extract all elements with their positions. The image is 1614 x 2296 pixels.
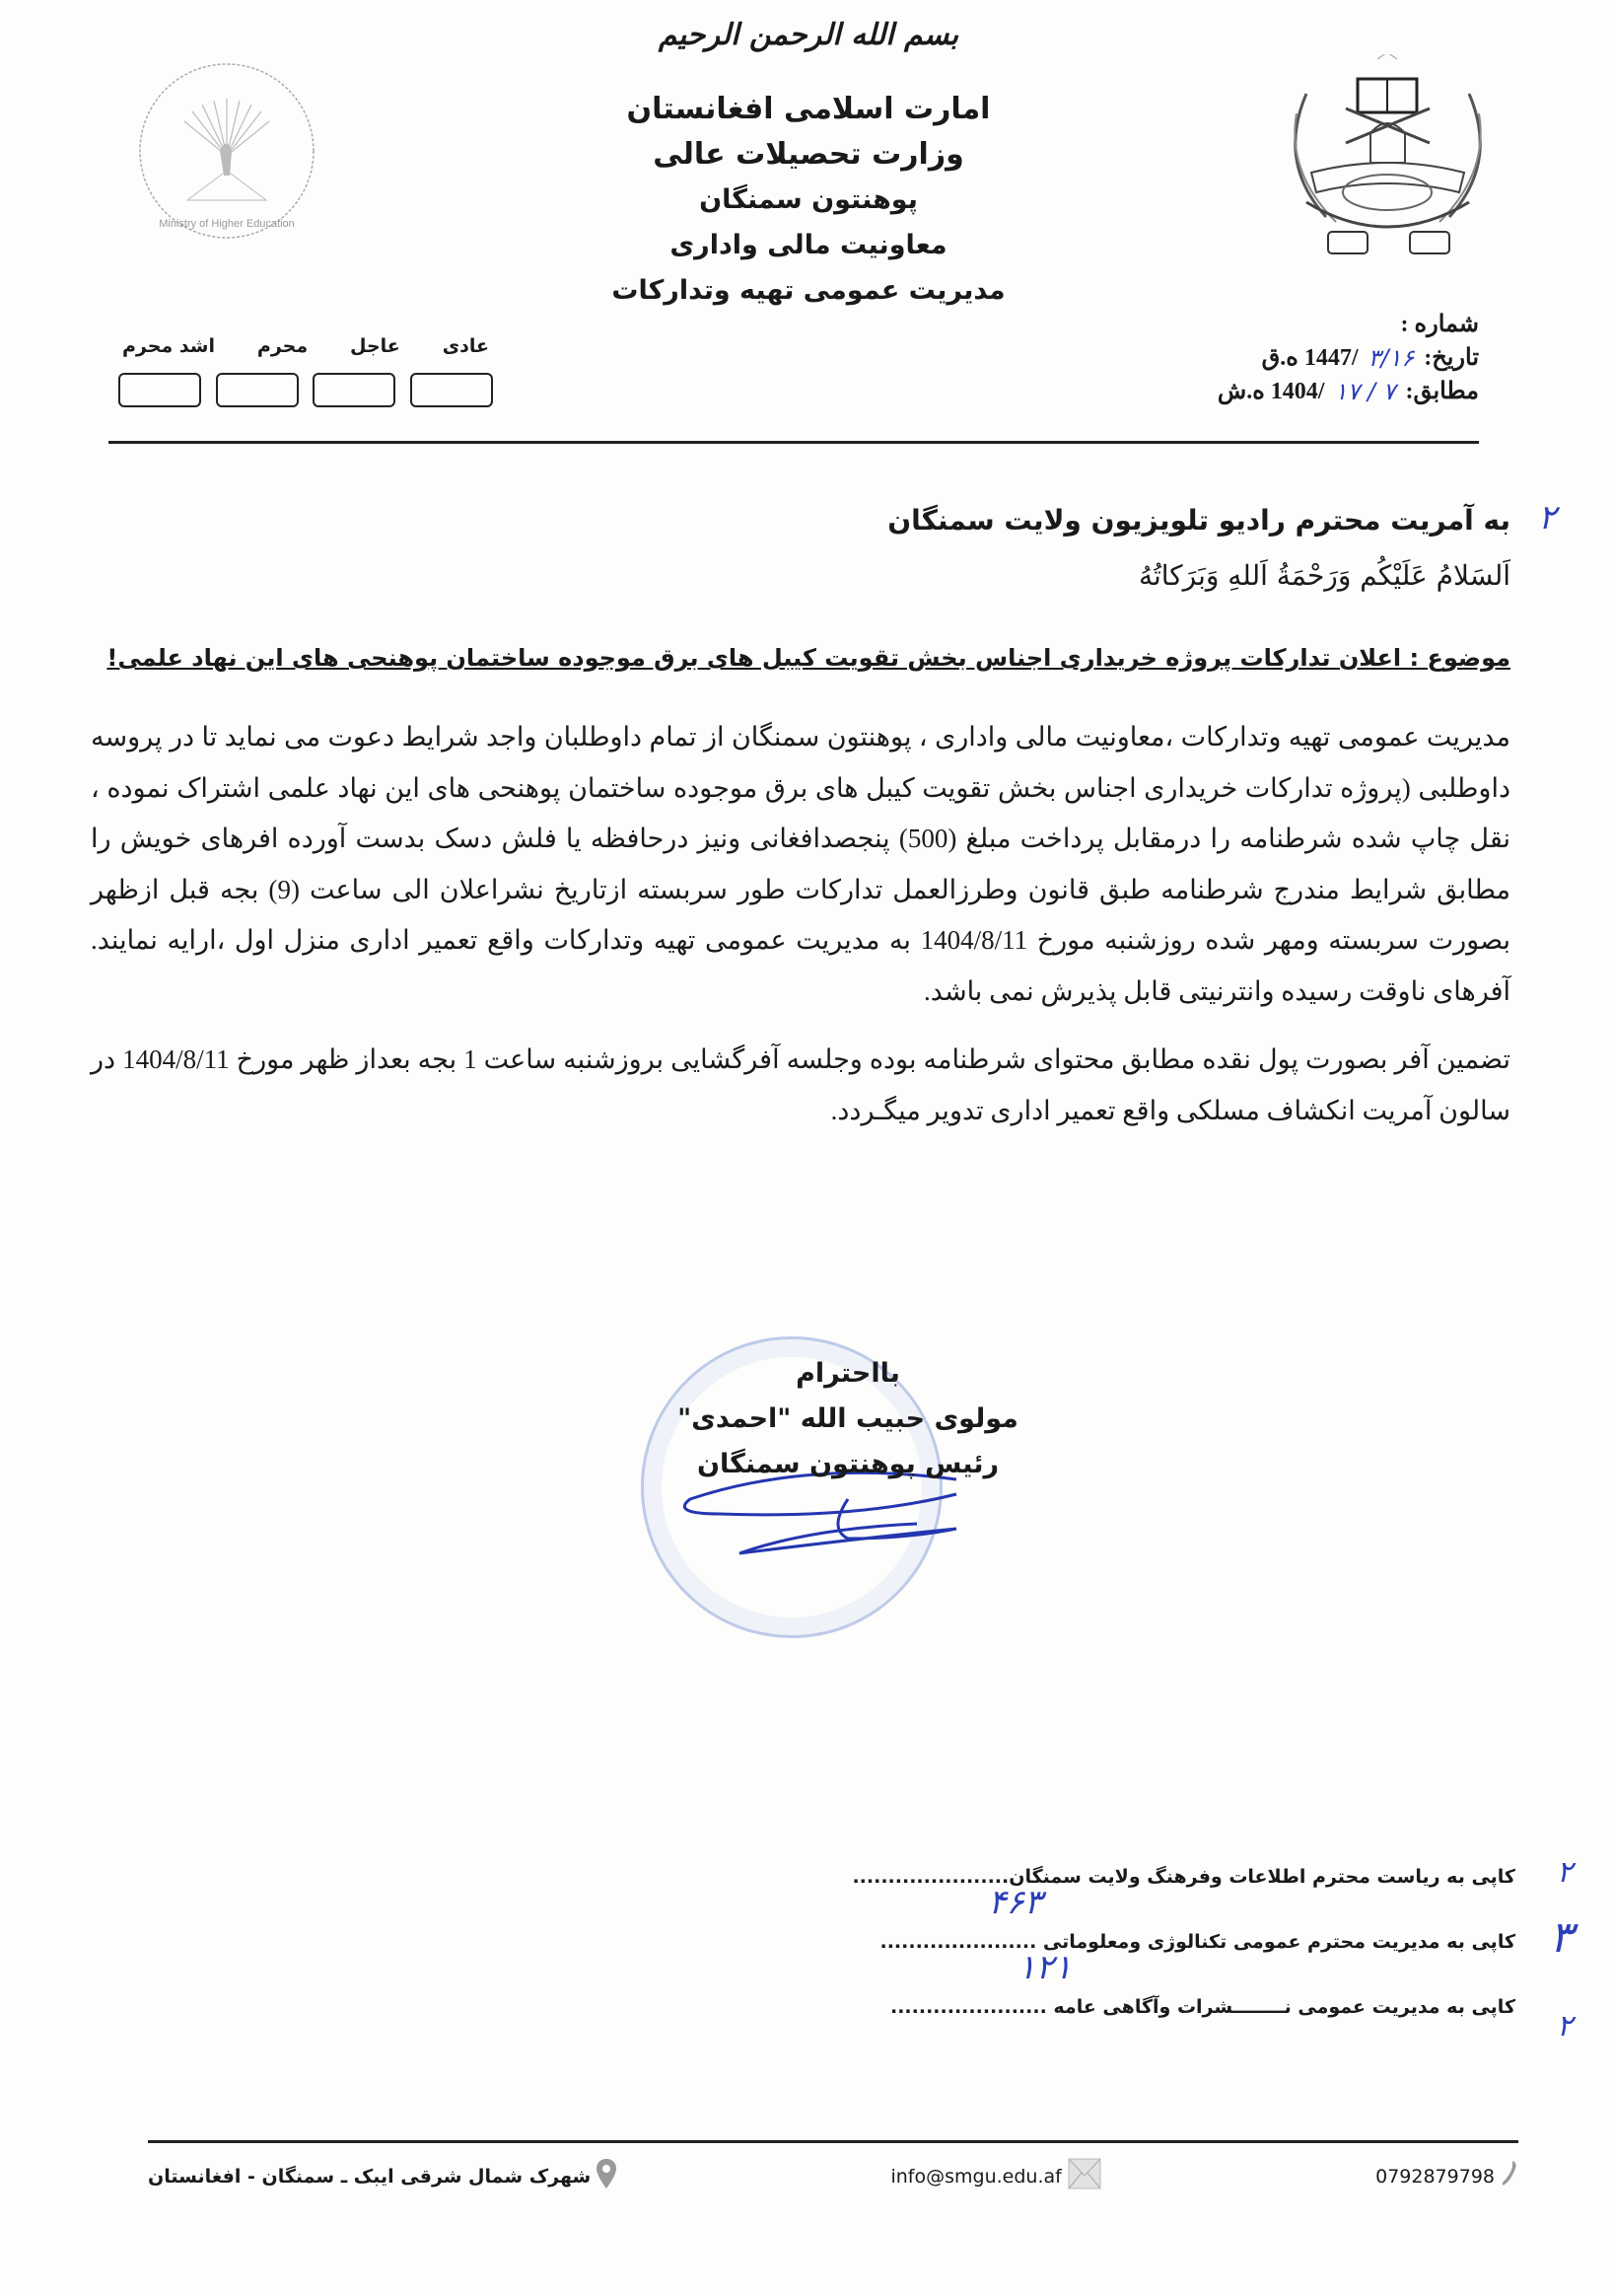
addressee-block: به آمریت محترم رادیو تلویزیون ولایت سمنگ… [623, 493, 1510, 604]
copy-text: کاپی به ریاست محترم اطلاعات وفرهنگ ولایت… [852, 1866, 1515, 1888]
letterhead-deputy: معاونیت مالی واداری [592, 223, 1025, 268]
greeting: اَلسَلامُ عَلَیْکُم وَرَحْمَةُ اَللهِ وَ… [623, 548, 1510, 604]
body-paragraph: تضمین آفر بصورت پول نقده مطابق محتوای شر… [91, 1035, 1510, 1136]
body-paragraph: مدیریت عمومی تهیه وتدارکات ،معاونیت مالی… [91, 712, 1510, 1017]
equiv-label: مطابق: [1405, 375, 1479, 408]
priority-normal-checkbox[interactable] [410, 373, 493, 407]
footer-email: info@smgu.edu.af [890, 2158, 1100, 2194]
number-label: شماره : [1401, 308, 1479, 341]
ministry-logo-caption: Ministry of Higher Education [159, 218, 295, 230]
copy-handwritten-mark: ۲ [1557, 1994, 1573, 2059]
margin-handwritten-mark: ۲ [1538, 498, 1556, 538]
address-text: شهرک شمال شرقی ایبک ـ سمنگان - افغانستان [148, 2166, 591, 2188]
priority-urgent-label: عاجل [350, 335, 400, 357]
letterhead-ministry: وزارت تحصیلات عالی [592, 132, 1025, 178]
priority-confidential-checkbox[interactable] [216, 373, 299, 407]
priority-top-secret-label: اشد محرم [122, 335, 215, 357]
priority-normal-label: عادی [443, 335, 489, 357]
signatory-title: رئیس پوهنتون سمنگان [641, 1442, 1055, 1487]
priority-selector: عادی عاجل محرم اشد محرم [118, 335, 493, 407]
letterhead-directorate: مدیریت عمومی تهیه وتدارکات [592, 268, 1025, 314]
copy-text: کاپی به مدیریت عمومی نــــــــشرات وآگاه… [890, 1996, 1515, 2018]
priority-urgent-checkbox[interactable] [313, 373, 395, 407]
ministry-logo-icon: Ministry of Higher Education [133, 57, 320, 245]
priority-top-secret-checkbox[interactable] [118, 373, 201, 407]
header-divider [108, 441, 1479, 444]
footer-address: شهرک شمال شرقی ایبک ـ سمنگان - افغانستان [148, 2159, 616, 2193]
date-hijri: /1447 ه.ق [1262, 341, 1359, 375]
envelope-icon [1068, 2158, 1101, 2194]
copy-item: ۱۲۱ کاپی به مدیریت عمومی نــــــــشرات و… [766, 1974, 1515, 2040]
email-text[interactable]: info@smgu.edu.af [890, 2166, 1061, 2188]
copy-text: کاپی به مدیریت محترم عمومی تکنالوژی ومعل… [880, 1931, 1516, 1953]
letter-meta: شماره : تاریخ: ۳/۱۶ /1447 ه.ق مطابق: ۷ /… [1144, 308, 1479, 408]
equiv-handwritten: ۷ / ۱۷ [1334, 375, 1395, 408]
priority-confidential-label: محرم [257, 335, 308, 357]
copy-item: ۴۶۳ کاپی به مدیریت محترم عمومی تکنالوژی … [766, 1909, 1515, 1974]
footer-divider [148, 2140, 1518, 2143]
copy-handwritten-number: ۴۶۳ [988, 1870, 1042, 1935]
phone-icon [1501, 2159, 1518, 2193]
letterhead: امارت اسلامی افغانستان وزارت تحصیلات عال… [592, 87, 1025, 314]
copy-handwritten-mark: ۲ [1557, 1840, 1573, 1905]
bismillah: بسم الله الرحمن الرحیم [631, 18, 986, 52]
copy-item: کاپی به ریاست محترم اطلاعات وفرهنگ ولایت… [766, 1844, 1515, 1909]
letter-body: مدیریت عمومی تهیه وتدارکات ،معاونیت مالی… [91, 712, 1510, 1154]
letterhead-university: پوهنتون سمنگان [592, 178, 1025, 223]
footer-phone: 0792879798 [1375, 2159, 1518, 2193]
equiv-solar: /1404 ه.ش [1218, 375, 1325, 408]
closing-phrase: بااحترام [641, 1351, 1055, 1397]
map-pin-icon [596, 2159, 616, 2193]
footer: شهرک شمال شرقی ایبک ـ سمنگان - افغانستان… [148, 2158, 1518, 2194]
signatory-name: مولوی حبیب الله "احمدی" [641, 1397, 1055, 1442]
national-emblem-icon [1267, 54, 1509, 256]
date-handwritten: ۳/۱۶ [1368, 341, 1414, 375]
letterhead-emirate: امارت اسلامی افغانستان [592, 87, 1025, 132]
date-label: تاریخ: [1424, 341, 1479, 375]
phone-text[interactable]: 0792879798 [1375, 2166, 1495, 2188]
copy-handwritten-number: ۱۲۱ [1018, 1935, 1072, 2000]
copy-handwritten-mark: ۳ [1549, 1905, 1573, 1971]
signature-block: بااحترام مولوی حبیب الله "احمدی" رئیس پو… [641, 1351, 1055, 1487]
addressee: به آمریت محترم رادیو تلویزیون ولایت سمنگ… [623, 493, 1510, 548]
subject-line: موضوع : اعلان تدارکات پروژه خریداری اجنا… [91, 644, 1510, 672]
copies-list: کاپی به ریاست محترم اطلاعات وفرهنگ ولایت… [766, 1844, 1515, 2040]
